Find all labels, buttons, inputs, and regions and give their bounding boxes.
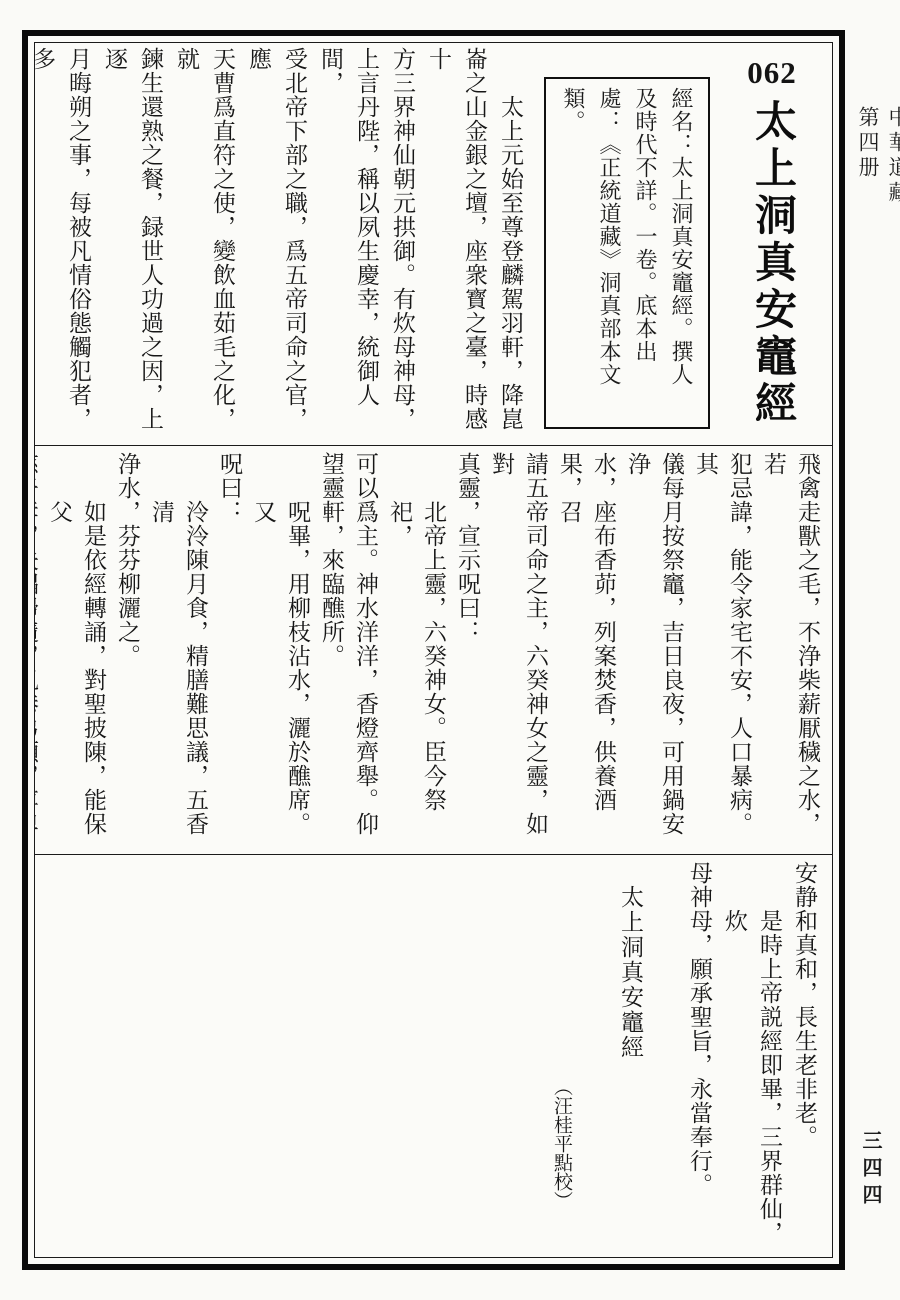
text-column: 太上元始至尊登麟駕羽軒，降崑 (492, 47, 528, 445)
scripture-title: 太上洞真安竈經 (742, 99, 802, 428)
text-column: 鍊生還熟之餐，録世人功過之因，上逐 (96, 47, 168, 445)
text-column: 慈子孝，夫唱婦隨，兄恭弟順，尊卑禀 (35, 452, 42, 854)
text-column: 可以爲主。神水洋洋，香燈齊舉。仰 (348, 452, 382, 854)
text-column: 母神母，願承聖旨，永當奉行。 (682, 861, 717, 1257)
collection-volume-label: 中華道藏第四册 (853, 106, 900, 206)
abstract-box: 經名：太上洞真安竈經。撰人及時代不詳。一卷。底本出處：《正統道藏》洞真部本文類。 (544, 77, 710, 429)
page-inner-frame: 062 太上洞真安竈經 經名：太上洞真安竈經。撰人及時代不詳。一卷。底本出處：《… (34, 42, 833, 1258)
page-number: 三四四 (856, 1130, 885, 1211)
section-middle: 飛禽走獸之毛，不浄柴薪厭穢之水，若犯忌諱，能令家宅不安，人口暴病。其儀每月按祭竈… (35, 446, 832, 855)
abstract-column: 處：《正統道藏》洞真部本文類。 (555, 87, 627, 419)
scripture-header: 062 太上洞真安竈經 (724, 47, 820, 443)
text-column: 犯忌諱，能令家宅不安，人口暴病。其 (688, 452, 756, 854)
text-column: 如是依經轉誦，對聖披陳，能保父 (42, 452, 110, 854)
text-column: 太上洞真安竈經 (613, 861, 648, 1257)
text-column: 是時上帝説經即畢，三界群仙，炊 (717, 861, 787, 1257)
text-column: 浄水，芬芬柳灑之。 (110, 452, 144, 854)
abstract-column: 經名：太上洞真安竈經。撰人 (663, 87, 699, 419)
text-column: 天曹爲直符之使，變飲血茹毛之化，就 (168, 47, 240, 445)
text-column: 呪畢，用柳枝沾水，灑於醮席。又 (246, 452, 314, 854)
text-column: 望靈軒，來臨醮所。 (314, 452, 348, 854)
text-column: 飛禽走獸之毛，不浄柴薪厭穢之水，若 (756, 452, 824, 854)
text-column: 方三界神仙朝元拱御。有炊母神母， (384, 47, 420, 445)
text-column: 北帝上靈，六癸神女。臣今祭祀， (382, 452, 450, 854)
text-column: 安静和真和，長生老非老。 (787, 861, 822, 1257)
section-closing: 安静和真和，長生老非老。是時上帝説經即畢，三界群仙，炊母神母，願承聖旨，永當奉行… (35, 855, 832, 1257)
text-column: 泠泠陳月食，精膳難思議，五香清 (144, 452, 212, 854)
page-frame: 062 太上洞真安竈經 經名：太上洞真安竈經。撰人及時代不詳。一卷。底本出處：《… (22, 30, 845, 1270)
collection-name: 中華道藏 (886, 106, 900, 206)
text-column: 上言丹陛，稱以夙生慶幸，統御人間， (312, 47, 384, 445)
text-column: 受北帝下部之職，爲五帝司命之官，應 (240, 47, 312, 445)
text-column: 水，座布香茆，列案焚香，供養酒果，召 (552, 452, 620, 854)
section-opening: 062 太上洞真安竈經 經名：太上洞真安竈經。撰人及時代不詳。一卷。底本出處：《… (35, 43, 832, 446)
text-column: 儀每月按祭竈，吉日良夜，可用鍋安浄 (620, 452, 688, 854)
text-column: 真靈，宣示呪曰： (450, 452, 484, 854)
text-column: 呪曰： (212, 452, 246, 854)
text-column: （汪桂平點校） (544, 861, 579, 1257)
scripture-number: 062 (747, 47, 797, 91)
text-column: 月晦朔之事，每被凡情俗態觸犯者，多 (35, 47, 96, 445)
text-column: 崙之山金銀之壇，座衆寳之臺，時感十 (420, 47, 492, 445)
text-column: 請五帝司命之主，六癸神女之靈，如對 (484, 452, 552, 854)
abstract-column: 及時代不詳。一卷。底本出 (627, 87, 663, 419)
volume-name: 第四册 (856, 106, 880, 181)
